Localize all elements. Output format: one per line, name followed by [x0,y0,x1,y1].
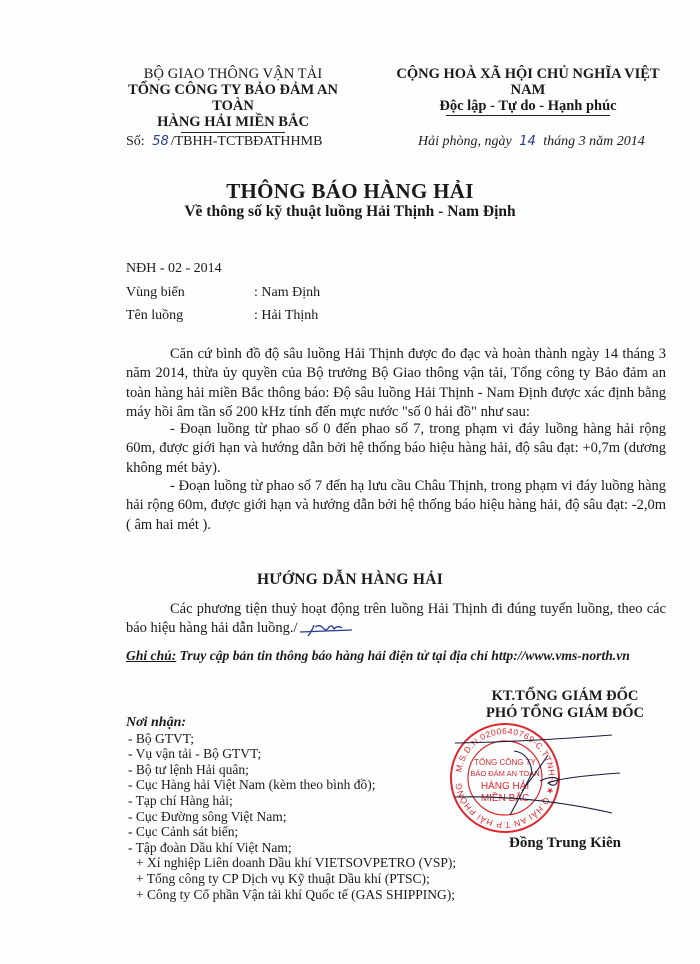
ministry-name: BỘ GIAO THÔNG VẬN TẢI [108,66,358,82]
recipient-item: - Cục Đường sông Việt Nam; [126,809,456,825]
national-motto: Độc lập - Tự do - Hạnh phúc [378,98,678,114]
meta-row-channel: Tên luồng : Hải Thịnh [126,304,320,328]
motto-underline [446,115,610,116]
recipient-item: - Tạp chí Hàng hải; [126,793,456,809]
body-paragraph-segment-1: - Đoạn luồng từ phao số 0 đến phao số 7,… [126,420,666,478]
recipient-sub-item: + Công ty Cổ phần Vận tải khí Quốc tế (G… [126,887,456,903]
paragraph-text: - Đoạn luồng từ phao số 7 đến hạ lưu cầu… [126,478,666,533]
date-suffix: tháng 3 năm 2014 [543,134,645,149]
recipient-item: - Bộ GTVT; [126,731,456,747]
signer-title: KT.TỔNG GIÁM ĐỐC PHÓ TỔNG GIÁM ĐỐC [440,688,690,722]
meta-value: : Hải Thịnh [254,304,318,328]
paragraph-text: Các phương tiện thuỷ hoạt động trên luồn… [126,601,666,636]
signer-name: Đồng Trung Kiên [440,835,690,852]
meta-row-sea-area: Vùng biển : Nam Định [126,281,320,305]
reference-label: Số: [126,134,145,149]
reference-code: /TBHH-TCTBĐATHHMB [171,134,323,149]
header-underline [181,132,285,133]
guidance-paragraph: Các phương tiện thuỷ hoạt động trên luồn… [126,600,666,639]
recipients-list: Nơi nhận: - Bộ GTVT; - Vụ vận tải - Bộ G… [126,715,456,902]
paragraph-text: - Đoạn luồng từ phao số 0 đến phao số 7,… [126,421,666,476]
recipient-sub-item: + Tổng công ty CP Dịch vụ Kỹ thuật Dầu k… [126,871,456,887]
recipient-item: - Tập đoàn Dầu khí Việt Nam; [126,840,456,856]
nation-name: CỘNG HOÀ XÃ HỘI CHỦ NGHĨA VIỆT NAM [378,66,678,98]
note-text: Truy cập bản tin thông báo hàng hải điện… [176,648,630,663]
handwritten-number: 58 [152,134,169,149]
document-title: THÔNG BÁO HÀNG HẢI [0,179,700,204]
national-header: CỘNG HOÀ XÃ HỘI CHỦ NGHĨA VIỆT NAM Độc l… [378,66,678,116]
note-label: Ghi chú: [126,648,176,663]
notice-meta: NĐH - 02 - 2014 Vùng biển : Nam Định Tên… [126,257,320,328]
recipient-item: - Bộ tư lệnh Hải quân; [126,762,456,778]
handwritten-day: 14 [519,134,536,149]
handwritten-signature-icon [452,733,622,833]
meta-value: : Nam Định [254,281,320,305]
recipient-item: - Vụ vận tải - Bộ GTVT; [126,746,456,762]
issue-date: Hải phòng, ngày 14 tháng 3 năm 2014 [418,134,645,150]
body-paragraph-basis: Căn cứ bình đồ độ sâu luồng Hải Thịnh đư… [126,345,666,422]
recipients-heading: Nơi nhận: [126,715,456,731]
recipient-item: - Cục Cảnh sát biển; [126,824,456,840]
recipient-sub-item: + Xí nghiệp Liên doanh Dầu khí VIETSOVPE… [126,855,456,871]
corporation-name: TỔNG CÔNG TY BẢO ĐẢM AN TOÀN [108,82,358,114]
notice-id: NĐH - 02 - 2014 [126,257,320,281]
division-name: HÀNG HẢI MIỀN BẮC [108,114,358,130]
meta-key: Tên luồng [126,304,254,328]
signer-title-line1: KT.TỔNG GIÁM ĐỐC [440,688,690,705]
body-paragraph-segment-2: - Đoạn luồng từ phao số 7 đến hạ lưu cầu… [126,477,666,535]
note-line: Ghi chú: Truy cập bản tin thông báo hàng… [126,648,630,664]
meta-key: Vùng biển [126,281,254,305]
signer-title-line2: PHÓ TỔNG GIÁM ĐỐC [440,705,690,722]
issuer-header: BỘ GIAO THÔNG VẬN TẢI TỔNG CÔNG TY BẢO Đ… [108,66,358,133]
recipient-item: - Cục Hàng hải Việt Nam (kèm theo bình đ… [126,777,456,793]
date-prefix: Hải phòng, ngày [418,134,512,149]
paragraph-text: Căn cứ bình đồ độ sâu luồng Hải Thịnh đư… [126,346,666,420]
document-subtitle: Về thông số kỹ thuật luồng Hải Thịnh - N… [0,203,700,221]
initials-scrawl-icon [298,621,354,637]
guidance-title: HƯỚNG DẪN HÀNG HẢI [0,571,700,589]
reference-number: Số: 58/TBHH-TCTBĐATHHMB [126,134,322,150]
